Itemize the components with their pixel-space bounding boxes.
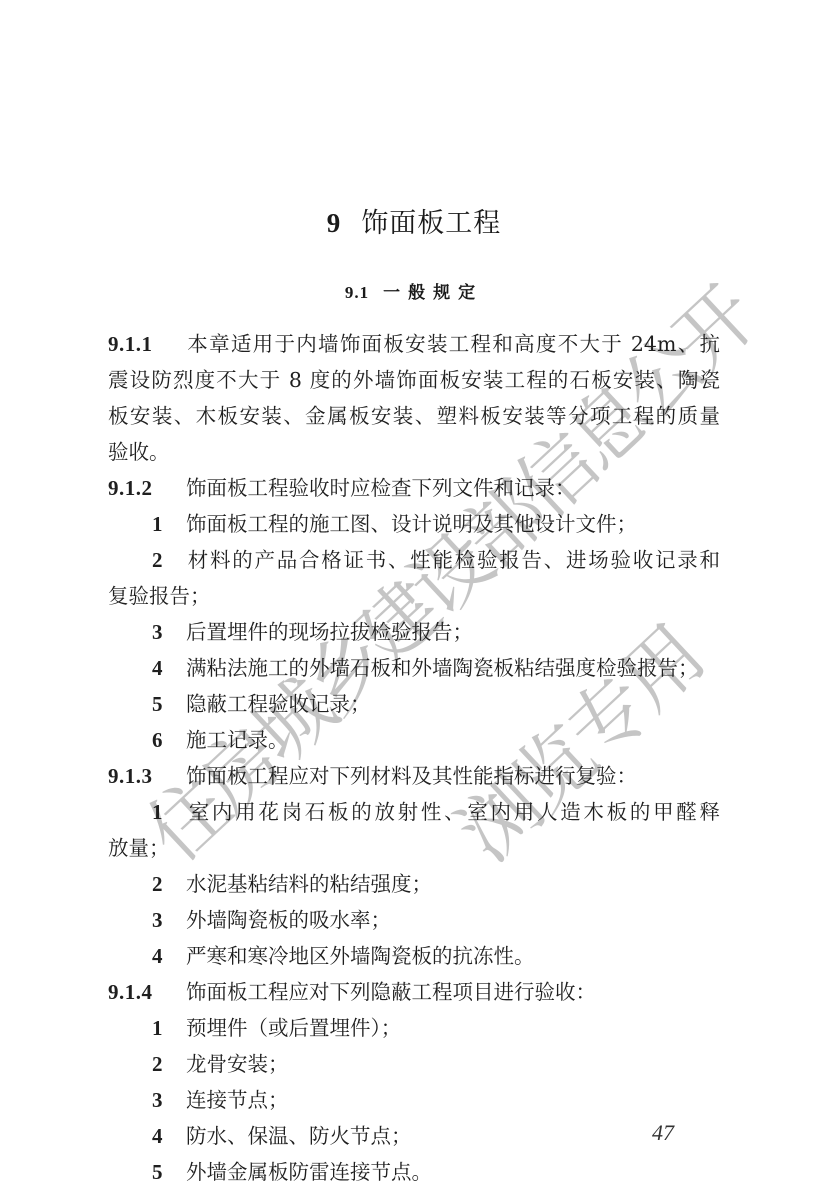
item-number: 1 xyxy=(152,506,186,542)
item-text: 材料的产品合格证书、性能检验报告、进场验收记录和 xyxy=(186,548,720,572)
clause-text: 饰面板工程应对下列隐蔽工程项目进行验收： xyxy=(186,980,596,1004)
list-item: 1饰面板工程的施工图、设计说明及其他设计文件； xyxy=(108,506,720,542)
item-text: 室内用花岗石板的放射性、室内用人造木板的甲醛释 xyxy=(186,800,720,824)
list-item: 2龙骨安装； xyxy=(108,1046,720,1082)
item-text: 外墙金属板防雷连接节点。 xyxy=(186,1160,432,1184)
item-text: 外墙陶瓷板的吸水率； xyxy=(186,908,391,932)
list-item: 5隐蔽工程验收记录； xyxy=(108,686,720,722)
item-number: 2 xyxy=(152,866,186,902)
clause-number: 9.1.4 xyxy=(108,974,186,1010)
item-text: 连接节点； xyxy=(186,1088,289,1112)
clause-text: 本章适用于内墙饰面板安装工程和高度不大于 24m、抗 xyxy=(186,332,720,356)
clause-number: 9.1.3 xyxy=(108,758,186,794)
paragraph-line: 验收。 xyxy=(108,434,720,470)
clause-9-1-4: 9.1.4饰面板工程应对下列隐蔽工程项目进行验收： xyxy=(108,974,720,1010)
list-item: 6施工记录。 xyxy=(108,722,720,758)
clause-9-1-1: 9.1.1本章适用于内墙饰面板安装工程和高度不大于 24m、抗 xyxy=(108,326,720,362)
chapter-title-text: 饰面板工程 xyxy=(361,208,501,239)
clause-text: 饰面板工程应对下列材料及其性能指标进行复验： xyxy=(186,764,637,788)
body-text: 9.1.1本章适用于内墙饰面板安装工程和高度不大于 24m、抗 震设防烈度不大于… xyxy=(108,326,720,1190)
item-number: 3 xyxy=(152,614,186,650)
item-number: 5 xyxy=(152,1154,186,1190)
clause-9-1-2: 9.1.2饰面板工程验收时应检查下列文件和记录： xyxy=(108,470,720,506)
item-number: 4 xyxy=(152,650,186,686)
list-item: 3外墙陶瓷板的吸水率； xyxy=(108,902,720,938)
list-item: 1室内用花岗石板的放射性、室内用人造木板的甲醛释 xyxy=(108,794,720,830)
item-number: 4 xyxy=(152,1118,186,1154)
item-number: 6 xyxy=(152,722,186,758)
chapter-number: 9 xyxy=(327,208,342,238)
item-text: 水泥基粘结料的粘结强度； xyxy=(186,872,432,896)
list-item: 3连接节点； xyxy=(108,1082,720,1118)
list-item: 4防水、保温、防火节点； xyxy=(108,1118,720,1154)
item-number: 4 xyxy=(152,938,186,974)
clause-number: 9.1.2 xyxy=(108,470,186,506)
list-item-continuation: 复验报告； xyxy=(108,578,720,614)
section-title-text: 一般规定 xyxy=(383,283,483,303)
list-item: 4严寒和寒冷地区外墙陶瓷板的抗冻性。 xyxy=(108,938,720,974)
document-page: 住房城乡建设部信息公开 浏览专用 9饰面板工程 9.1一般规定 9.1.1本章适… xyxy=(0,0,828,1198)
list-item: 3后置埋件的现场拉拔检验报告； xyxy=(108,614,720,650)
paragraph-line: 震设防烈度不大于 8 度的外墙饰面板安装工程的石板安装、陶瓷 xyxy=(108,362,720,398)
item-number: 1 xyxy=(152,794,186,830)
item-number: 2 xyxy=(152,1046,186,1082)
item-text: 防水、保温、防火节点； xyxy=(186,1124,412,1148)
paragraph-line: 板安装、木板安装、金属板安装、塑料板安装等分项工程的质量 xyxy=(108,398,720,434)
list-item: 1预埋件（或后置埋件）； xyxy=(108,1010,720,1046)
section-number: 9.1 xyxy=(345,283,369,302)
item-number: 3 xyxy=(152,902,186,938)
list-item: 2水泥基粘结料的粘结强度； xyxy=(108,866,720,902)
item-number: 5 xyxy=(152,686,186,722)
clause-text: 饰面板工程验收时应检查下列文件和记录： xyxy=(186,476,576,500)
item-number: 1 xyxy=(152,1010,186,1046)
item-text: 后置埋件的现场拉拔检验报告； xyxy=(186,620,473,644)
item-text: 严寒和寒冷地区外墙陶瓷板的抗冻性。 xyxy=(186,944,535,968)
item-text: 隐蔽工程验收记录； xyxy=(186,692,371,716)
section-title: 9.1一般规定 xyxy=(0,278,828,308)
item-number: 2 xyxy=(152,542,186,578)
list-item: 4满粘法施工的外墙石板和外墙陶瓷板粘结强度检验报告； xyxy=(108,650,720,686)
list-item: 5外墙金属板防雷连接节点。 xyxy=(108,1154,720,1190)
item-text: 满粘法施工的外墙石板和外墙陶瓷板粘结强度检验报告； xyxy=(186,656,699,680)
list-item-continuation: 放量； xyxy=(108,830,720,866)
item-text: 龙骨安装； xyxy=(186,1052,289,1076)
list-item: 2材料的产品合格证书、性能检验报告、进场验收记录和 xyxy=(108,542,720,578)
item-text: 预埋件（或后置埋件）； xyxy=(186,1016,401,1040)
item-text: 施工记录。 xyxy=(186,728,289,752)
item-number: 3 xyxy=(152,1082,186,1118)
clause-9-1-3: 9.1.3饰面板工程应对下列材料及其性能指标进行复验： xyxy=(108,758,720,794)
item-text: 饰面板工程的施工图、设计说明及其他设计文件； xyxy=(186,512,637,536)
page-number: 47 xyxy=(652,1120,674,1146)
clause-number: 9.1.1 xyxy=(108,326,186,362)
chapter-title: 9饰面板工程 xyxy=(0,200,828,247)
